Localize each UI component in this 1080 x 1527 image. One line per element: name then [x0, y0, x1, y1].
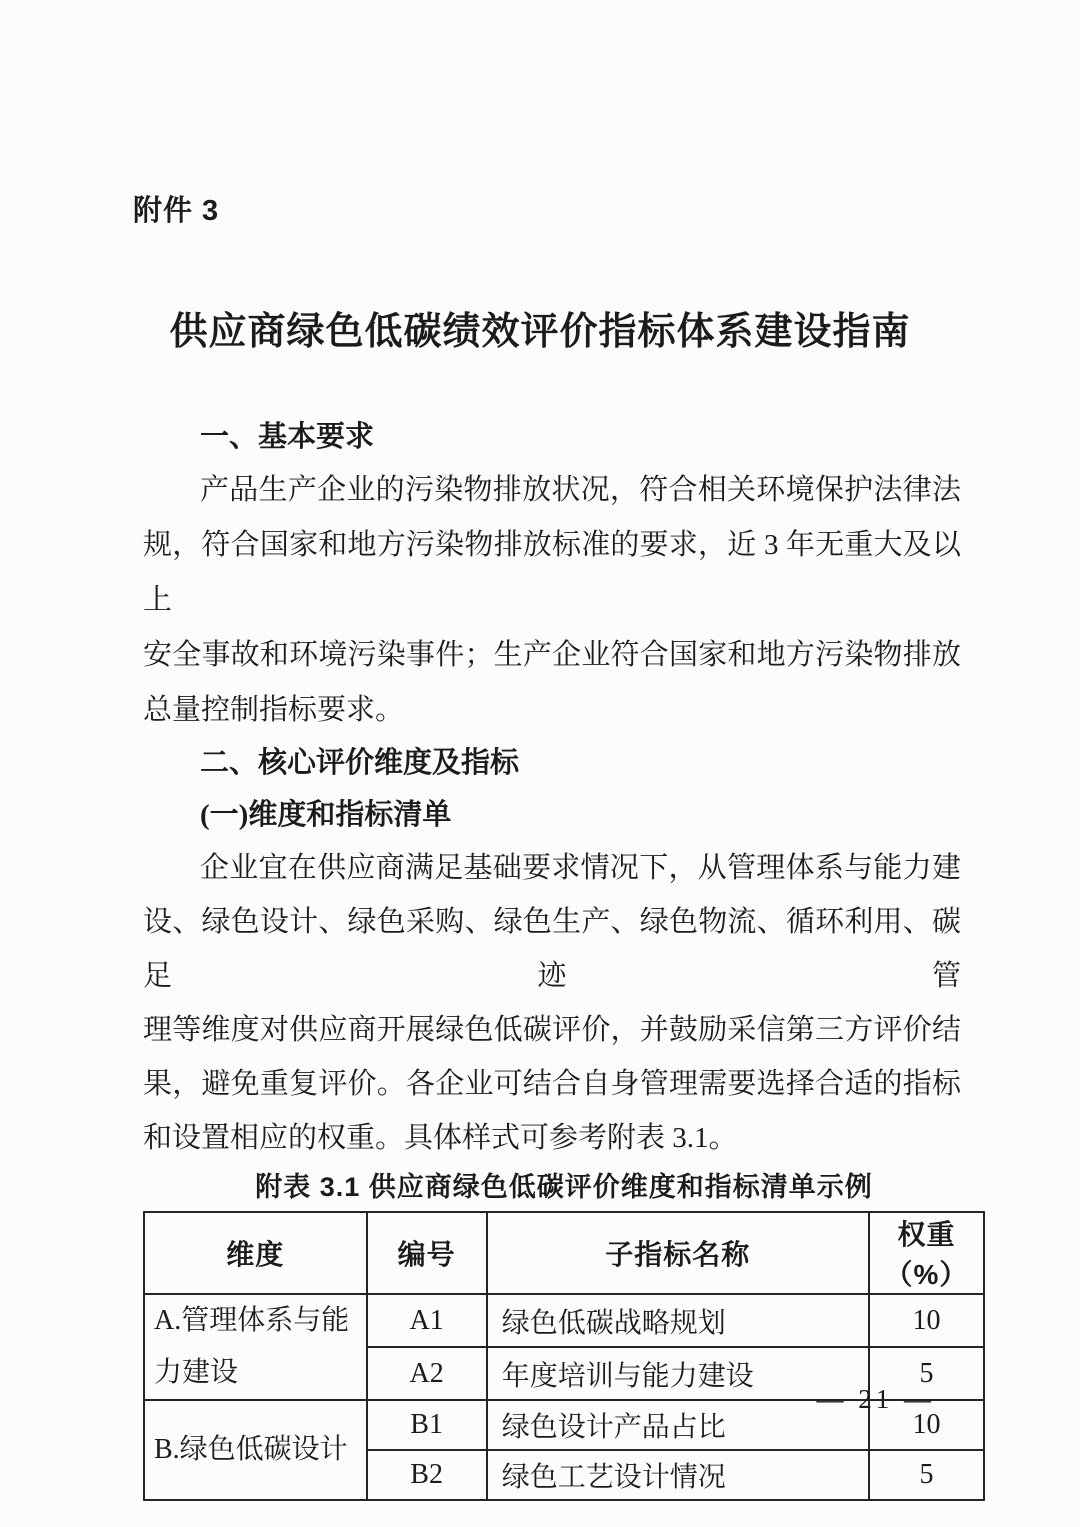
indicator-table: 维度 编号 子指标名称 权重（%） A.管理体系与能力建设 A1 绿色低碳战略规… — [143, 1211, 985, 1501]
column-header-indicator: 子指标名称 — [487, 1212, 869, 1294]
paragraph-1-line: 总量控制指标要求。 — [143, 683, 961, 738]
page-number: — 21 — — [817, 1384, 936, 1415]
indicator-cell: 年度培训与能力建设 — [487, 1347, 869, 1400]
paragraph-2: 企业宜在供应商满足基础要求情况下，从管理体系与能力建 设、绿色设计、绿色采购、绿… — [143, 841, 961, 1165]
table-header-row: 维度 编号 子指标名称 权重（%） — [144, 1212, 984, 1294]
indicator-cell: 绿色低碳战略规划 — [487, 1294, 869, 1347]
document-page: 附件 3 供应商绿色低碳绩效评价指标体系建设指南 一、基本要求 产品生产企业的污… — [0, 0, 1080, 1527]
column-header-code: 编号 — [367, 1212, 487, 1294]
column-header-weight: 权重（%） — [869, 1212, 984, 1294]
indicator-cell: 绿色设计产品占比 — [487, 1400, 869, 1450]
weight-cell: 10 — [869, 1294, 984, 1347]
weight-cell: 5 — [869, 1450, 984, 1500]
column-header-dimension: 维度 — [144, 1212, 367, 1294]
section-2-subheading: (一)维度和指标清单 — [143, 789, 985, 841]
table-caption: 附表 3.1 供应商绿色低碳评价维度和指标清单示例 — [143, 1169, 985, 1205]
code-cell: B1 — [367, 1400, 487, 1450]
section-1-heading: 一、基本要求 — [143, 412, 985, 463]
indicator-cell: 绿色工艺设计情况 — [487, 1450, 869, 1500]
code-cell: B2 — [367, 1450, 487, 1500]
code-cell: A1 — [367, 1294, 487, 1347]
paragraph-2-line: 理等维度对供应商开展绿色低碳评价，并鼓励采信第三方评价结 — [143, 1003, 961, 1057]
paragraph-1-line: 安全事故和环境污染事件；生产企业符合国家和地方污染物排放 — [143, 628, 961, 683]
paragraph-2-line: 和设置相应的权重。具体样式可参考附表 3.1。 — [143, 1111, 961, 1165]
dimension-cell-a: A.管理体系与能力建设 — [144, 1294, 367, 1400]
document-title: 供应商绿色低碳绩效评价指标体系建设指南 — [0, 300, 1080, 355]
paragraph-2-line: 设、绿色设计、绿色采购、绿色生产、绿色物流、循环利用、碳足迹管 — [143, 895, 961, 1003]
paragraph-2-line: 企业宜在供应商满足基础要求情况下，从管理体系与能力建 — [143, 841, 961, 895]
paragraph-1-line: 产品生产企业的污染物排放状况，符合相关环境保护法律法 — [143, 463, 961, 518]
paragraph-1: 产品生产企业的污染物排放状况，符合相关环境保护法律法 规，符合国家和地方污染物排… — [143, 463, 961, 738]
document-body: 一、基本要求 产品生产企业的污染物排放状况，符合相关环境保护法律法 规，符合国家… — [143, 412, 985, 1501]
paragraph-1-line: 规，符合国家和地方污染物排放标准的要求，近 3 年无重大及以上 — [143, 518, 961, 628]
section-2-heading: 二、核心评价维度及指标 — [143, 738, 985, 789]
paragraph-2-line: 果，避免重复评价。各企业可结合自身管理需要选择合适的指标 — [143, 1057, 961, 1111]
dimension-cell-b: B.绿色低碳设计 — [144, 1400, 367, 1500]
attachment-label: 附件 3 — [133, 188, 219, 229]
code-cell: A2 — [367, 1347, 487, 1400]
table-row: A.管理体系与能力建设 A1 绿色低碳战略规划 10 — [144, 1294, 984, 1347]
